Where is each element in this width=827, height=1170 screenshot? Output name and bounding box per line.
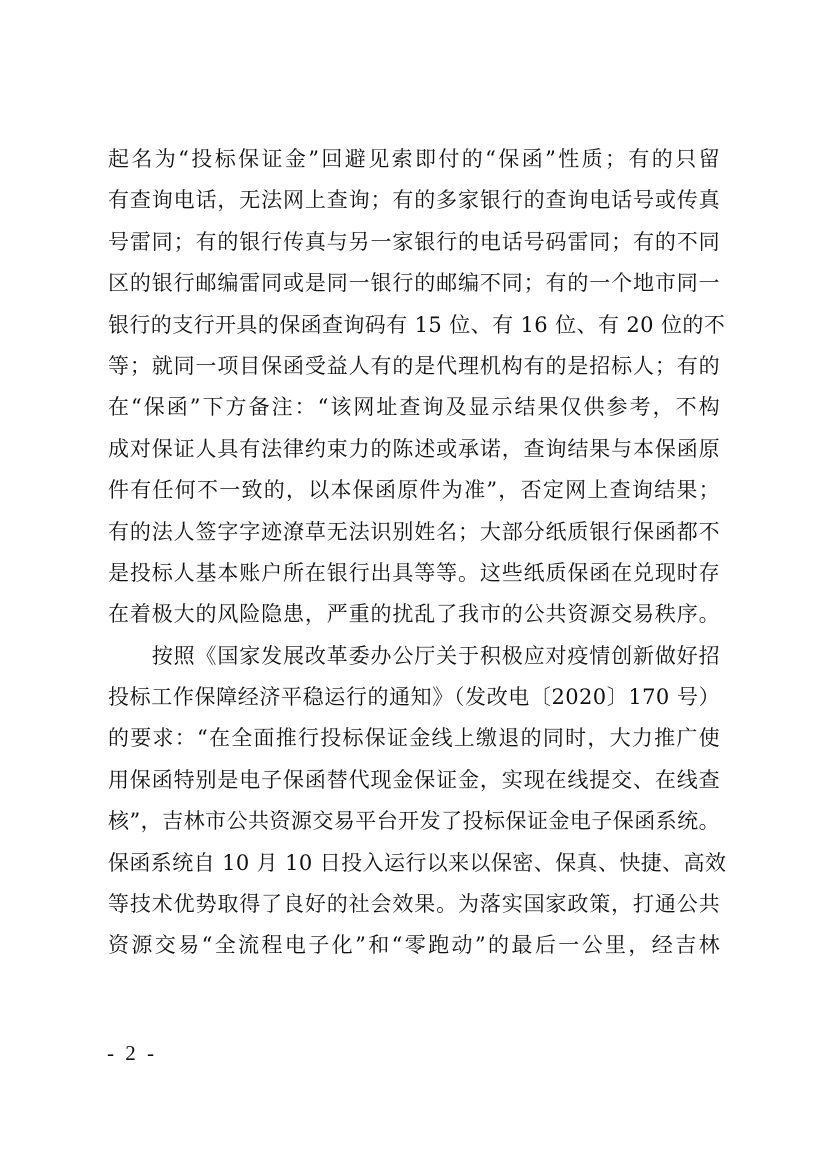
text-line: 保函系统自 10 月 10 日投入运行以来以保密、保真、快捷、高效 [108, 843, 720, 884]
text-line: 在“保函”下方备注：“该网址查询及显示结果仅供参考，不构 [108, 387, 720, 428]
text-line: 的要求：“在全面推行投标保证金线上缴退的同时，大力推广使 [108, 718, 720, 759]
text-line: 核”，吉林市公共资源交易平台开发了投标保证金电子保函系统。 [108, 801, 720, 842]
text-line: 区的银行邮编雷同或是同一银行的邮编不同；有的一个地市同一 [108, 263, 720, 304]
text-line: 在着极大的风险隐患，严重的扰乱了我市的公共资源交易秩序。 [108, 594, 720, 635]
text-line: 等技术优势取得了良好的社会效果。为落实国家政策，打通公共 [108, 884, 720, 925]
text-line: 资源交易“全流程电子化”和“零跑动”的最后一公里，经吉林 [108, 925, 720, 966]
document-page: 起名为“投标保证金”回避见索即付的“保函”性质；有的只留 有查询电话，无法网上查… [0, 0, 827, 1170]
text-line: 是投标人基本账户所在银行出具等等。这些纸质保函在兑现时存 [108, 553, 720, 594]
paragraph-start-line: 按照《国家发展改革委办公厅关于积极应对疫情创新做好招 [108, 636, 720, 677]
text-line: 有的法人签字字迹潦草无法识别姓名；大部分纸质银行保函都不 [108, 512, 720, 553]
page-number: - 2 - [107, 1041, 157, 1066]
text-line: 银行的支行开具的保函查询码有 15 位、有 16 位、有 20 位的不 [108, 305, 720, 346]
text-line: 等；就同一项目保函受益人有的是代理机构有的是招标人；有的 [108, 346, 720, 387]
text-line: 用保函特别是电子保函替代现金保证金，实现在线提交、在线查 [108, 760, 720, 801]
text-line: 件有任何不一致的，以本保函原件为准”，否定网上查询结果； [108, 470, 720, 511]
body-text: 起名为“投标保证金”回避见索即付的“保函”性质；有的只留 有查询电话，无法网上查… [108, 139, 720, 967]
text-line: 投标工作保障经济平稳运行的通知》（发改电〔2020〕170 号） [108, 677, 720, 718]
text-line: 起名为“投标保证金”回避见索即付的“保函”性质；有的只留 [108, 139, 720, 180]
text-line: 有查询电话，无法网上查询；有的多家银行的查询电话号或传真 [108, 180, 720, 221]
text-line: 成对保证人具有法律约束力的陈述或承诺，查询结果与本保函原 [108, 429, 720, 470]
text-line: 号雷同；有的银行传真与另一家银行的电话号码雷同；有的不同 [108, 222, 720, 263]
